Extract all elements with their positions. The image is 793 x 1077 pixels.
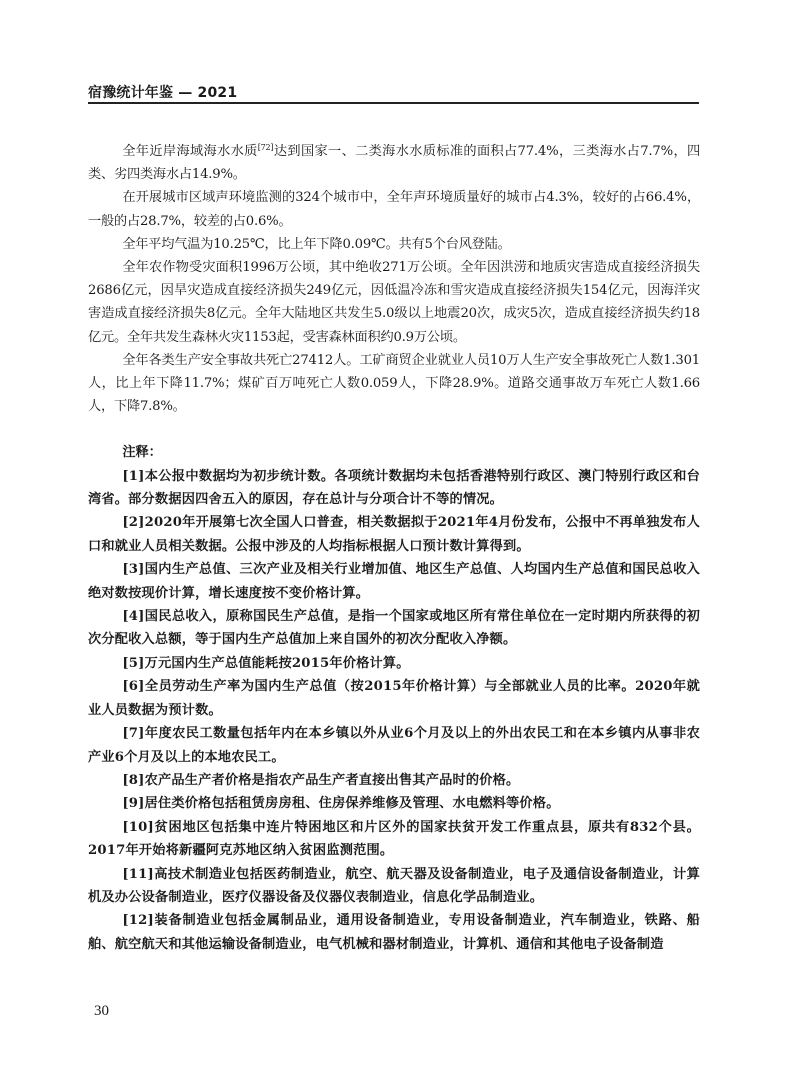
running-header: 宿豫统计年鉴 — 2021 [88,80,699,104]
note-item: [8]农产品生产者价格是指农产品生产者直接出售其产品时的价格。 [88,769,700,792]
note-item: [7]年度农民工数量包括年内在本乡镇以外从业6个月及以上的外出农民工和在本乡镇内… [88,722,700,769]
notes-heading: 注释： [88,441,700,464]
note-item: [2]2020年开展第七次全国人口普查，相关数据拟于2021年4月份发布，公报中… [88,511,700,558]
note-item: [5]万元国内生产总值能耗按2015年价格计算。 [88,652,700,675]
note-item: [9]居住类价格包括租赁房房租、住房保养维修及管理、水电燃料等价格。 [88,792,700,815]
note-item: [12]装备制造业包括金属制品业，通用设备制造业，专用设备制造业，汽车制造业，铁… [88,909,700,956]
page-content: 全年近岸海域海水水质[72]达到国家一、二类海水水质标准的面积占77.4%，三类… [88,140,700,956]
paragraph-seawater-quality: 全年近岸海域海水水质[72]达到国家一、二类海水水质标准的面积占77.4%，三类… [88,140,700,186]
paragraph-temperature: 全年平均气温为10.25℃，比上年下降0.09℃。共有5个台风登陆。 [88,233,700,256]
paragraph-safety-accidents: 全年各类生产安全事故共死亡27412人。工矿商贸企业就业人员10万人生产安全事故… [88,349,700,419]
note-item: [6]全员劳动生产率为国内生产总值（按2015年价格计算）与全部就业人员的比率。… [88,675,700,722]
page-number: 30 [94,1003,109,1020]
yearbook-title: 宿豫统计年鉴 — 2021 [88,82,237,102]
paragraph-disasters: 全年农作物受灾面积1996万公顷，其中绝收271万公顷。全年因洪涝和地质灾害造成… [88,256,700,349]
note-item: [4]国民总收入，原称国民生产总值，是指一个国家或地区所有常住单位在一定时期内所… [88,605,700,652]
paragraph-text: 全年近岸海域海水水质 [122,144,257,159]
paragraph-noise-environment: 在开展城市区域声环境监测的324个城市中，全年声环境质量好的城市占4.3%，较好… [88,186,700,232]
note-item: [11]高技术制造业包括医药制造业，航空、航天器及设备制造业，电子及通信设备制造… [88,863,700,910]
note-item: [3]国内生产总值、三次产业及相关行业增加值、地区生产总值、人均国内生产总值和国… [88,558,700,605]
note-item: [10]贫困地区包括集中连片特困地区和片区外的国家扶贫开发工作重点县，原共有83… [88,816,700,863]
footnote-reference: [72] [258,143,274,152]
note-item: [1]本公报中数据均为初步统计数。各项统计数据均未包括香港特别行政区、澳门特别行… [88,465,700,512]
